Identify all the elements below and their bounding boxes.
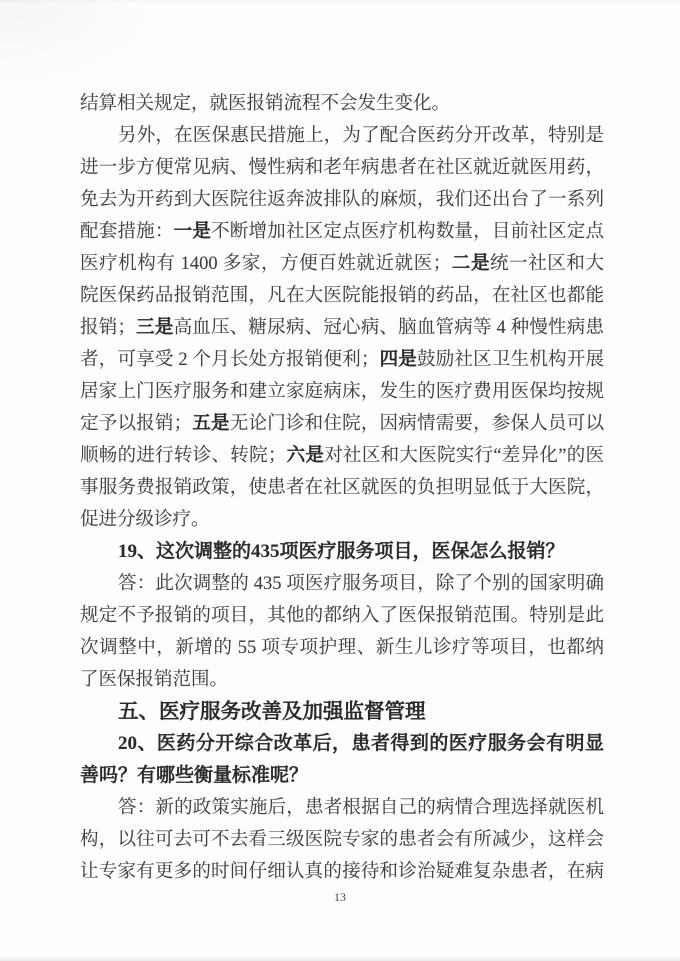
text-line: 了医保报销范围。 [80, 664, 604, 696]
text-line: 19、这次调整的435项医疗服务项目，医保怎么报销？ [80, 536, 604, 568]
text-segment: 对社区和大医院实行“差异化”的医 [324, 446, 604, 466]
text-segment: 答：新的政策实施后，患者根据自己的病情合理选择就医机 [118, 798, 604, 818]
emphasized-text-segment: 六是 [286, 446, 324, 466]
text-segment: 顺畅的进行转诊、转院； [80, 446, 286, 466]
page-number: 13 [0, 889, 680, 905]
text-segment: 医疗机构有 1400 多家，方便百姓就近就医； [80, 254, 451, 274]
text-segment: 让专家有更多的时间仔细认真的接待和诊治疑难复杂患者，在病 [80, 862, 604, 882]
emphasized-text-segment: 三是 [136, 318, 174, 338]
text-line: 规定不予报销的项目，其他的都纳入了医保报销范围。特别是此 [80, 600, 604, 632]
emphasized-text-segment: 一是 [174, 222, 211, 242]
emphasized-text-segment: 五、医疗服务改善及加强监督管理 [118, 700, 426, 723]
text-segment: 配套措施： [80, 222, 174, 242]
document-body: 结算相关规定，就医报销流程不会发生变化。另外，在医保惠民措施上，为了配合医药分开… [80, 88, 604, 888]
text-segment: 免去为开药到大医院往返奔波排队的麻烦，我们还出台了一系列 [80, 190, 604, 210]
emphasized-text-segment: 四是 [379, 350, 417, 370]
text-segment: 高血压、糖尿病、冠心病、脑血管病等 4 种慢性病患 [174, 318, 604, 338]
text-line: 五、医疗服务改善及加强监督管理 [80, 696, 604, 728]
emphasized-text-segment: 善吗？有哪些衡量标准呢？ [80, 765, 308, 786]
emphasized-text-segment: 二是 [451, 254, 490, 274]
text-segment: 院医保药品报销范围，凡在大医院能报销的药品，在社区也都能 [80, 286, 604, 306]
text-segment: 鼓励社区卫生机构开展 [417, 350, 604, 370]
text-segment: 结算相关规定，就医报销流程不会发生变化。 [80, 94, 450, 114]
text-segment: 居家上门医疗服务和建立家庭病床，发生的医疗费用医保均按规 [80, 382, 604, 402]
text-segment: 定予以报销； [80, 414, 192, 434]
text-line: 让专家有更多的时间仔细认真的接待和诊治疑难复杂患者，在病 [80, 856, 604, 888]
document-page: 结算相关规定，就医报销流程不会发生变化。另外，在医保惠民措施上，为了配合医药分开… [0, 0, 680, 961]
text-line: 顺畅的进行转诊、转院；六是对社区和大医院实行“差异化”的医 [80, 440, 604, 472]
emphasized-text-segment: 19、这次调整的435项医疗服务项目，医保怎么报销？ [118, 541, 565, 562]
text-line: 答：新的政策实施后，患者根据自己的病情合理选择就医机 [80, 792, 604, 824]
text-segment: 进一步方便常见病、慢性病和老年病患者在社区就近就医用药， [80, 158, 604, 178]
text-segment: 构，以往可去可不去看三级医院专家的患者会有所减少，这样会 [80, 830, 604, 850]
text-line: 配套措施：一是不断增加社区定点医疗机构数量，目前社区定点 [80, 216, 604, 248]
text-segment: 另外，在医保惠民措施上，为了配合医药分开改革，特别是 [118, 126, 604, 146]
text-line: 20、医药分开综合改革后，患者得到的医疗服务会有明显改 [80, 728, 604, 760]
text-segment: 促进分级诊疗。 [80, 510, 210, 530]
text-line: 事服务费报销政策，使患者在社区就医的负担明显低于大医院， [80, 472, 604, 504]
text-line: 者，可享受 2 个月长处方报销便利；四是鼓励社区卫生机构开展 [80, 344, 604, 376]
text-line: 医疗机构有 1400 多家，方便百姓就近就医；二是统一社区和大医 [80, 248, 604, 280]
text-segment: 规定不予报销的项目，其他的都纳入了医保报销范围。特别是此 [80, 606, 604, 626]
text-segment: 了医保报销范围。 [80, 670, 228, 690]
text-segment: 次调整中，新增的 55 项专项护理、新生儿诊疗等项目，也都纳入 [80, 638, 604, 664]
text-line: 次调整中，新增的 55 项专项护理、新生儿诊疗等项目，也都纳入 [80, 632, 604, 664]
text-line: 院医保药品报销范围，凡在大医院能报销的药品，在社区也都能 [80, 280, 604, 312]
text-line: 结算相关规定，就医报销流程不会发生变化。 [80, 88, 604, 120]
text-line: 善吗？有哪些衡量标准呢？ [80, 760, 604, 792]
text-line: 答：此次调整的 435 项医疗服务项目，除了个别的国家明确 [80, 568, 604, 600]
text-segment: 无论门诊和住院，因病情需要，参保人员可以 [230, 414, 604, 434]
text-line: 免去为开药到大医院往返奔波排队的麻烦，我们还出台了一系列 [80, 184, 604, 216]
text-segment: 事服务费报销政策，使患者在社区就医的负担明显低于大医院， [80, 478, 604, 498]
text-line: 促进分级诊疗。 [80, 504, 604, 536]
text-segment: 者，可享受 2 个月长处方报销便利； [80, 350, 379, 370]
emphasized-text-segment: 20、医药分开综合改革后，患者得到的医疗服务会有明显改 [80, 733, 604, 760]
text-segment: 报销； [80, 318, 136, 338]
text-segment: 答：此次调整的 435 项医疗服务项目，除了个别的国家明确 [118, 574, 604, 594]
text-line: 进一步方便常见病、慢性病和老年病患者在社区就近就医用药， [80, 152, 604, 184]
emphasized-text-segment: 五是 [192, 414, 230, 434]
text-line: 定予以报销；五是无论门诊和住院，因病情需要，参保人员可以 [80, 408, 604, 440]
text-line: 报销；三是高血压、糖尿病、冠心病、脑血管病等 4 种慢性病患 [80, 312, 604, 344]
text-segment: 不断增加社区定点医疗机构数量，目前社区定点 [211, 222, 604, 242]
text-line: 构，以往可去可不去看三级医院专家的患者会有所减少，这样会 [80, 824, 604, 856]
text-line: 居家上门医疗服务和建立家庭病床，发生的医疗费用医保均按规 [80, 376, 604, 408]
text-line: 另外，在医保惠民措施上，为了配合医药分开改革，特别是 [80, 120, 604, 152]
